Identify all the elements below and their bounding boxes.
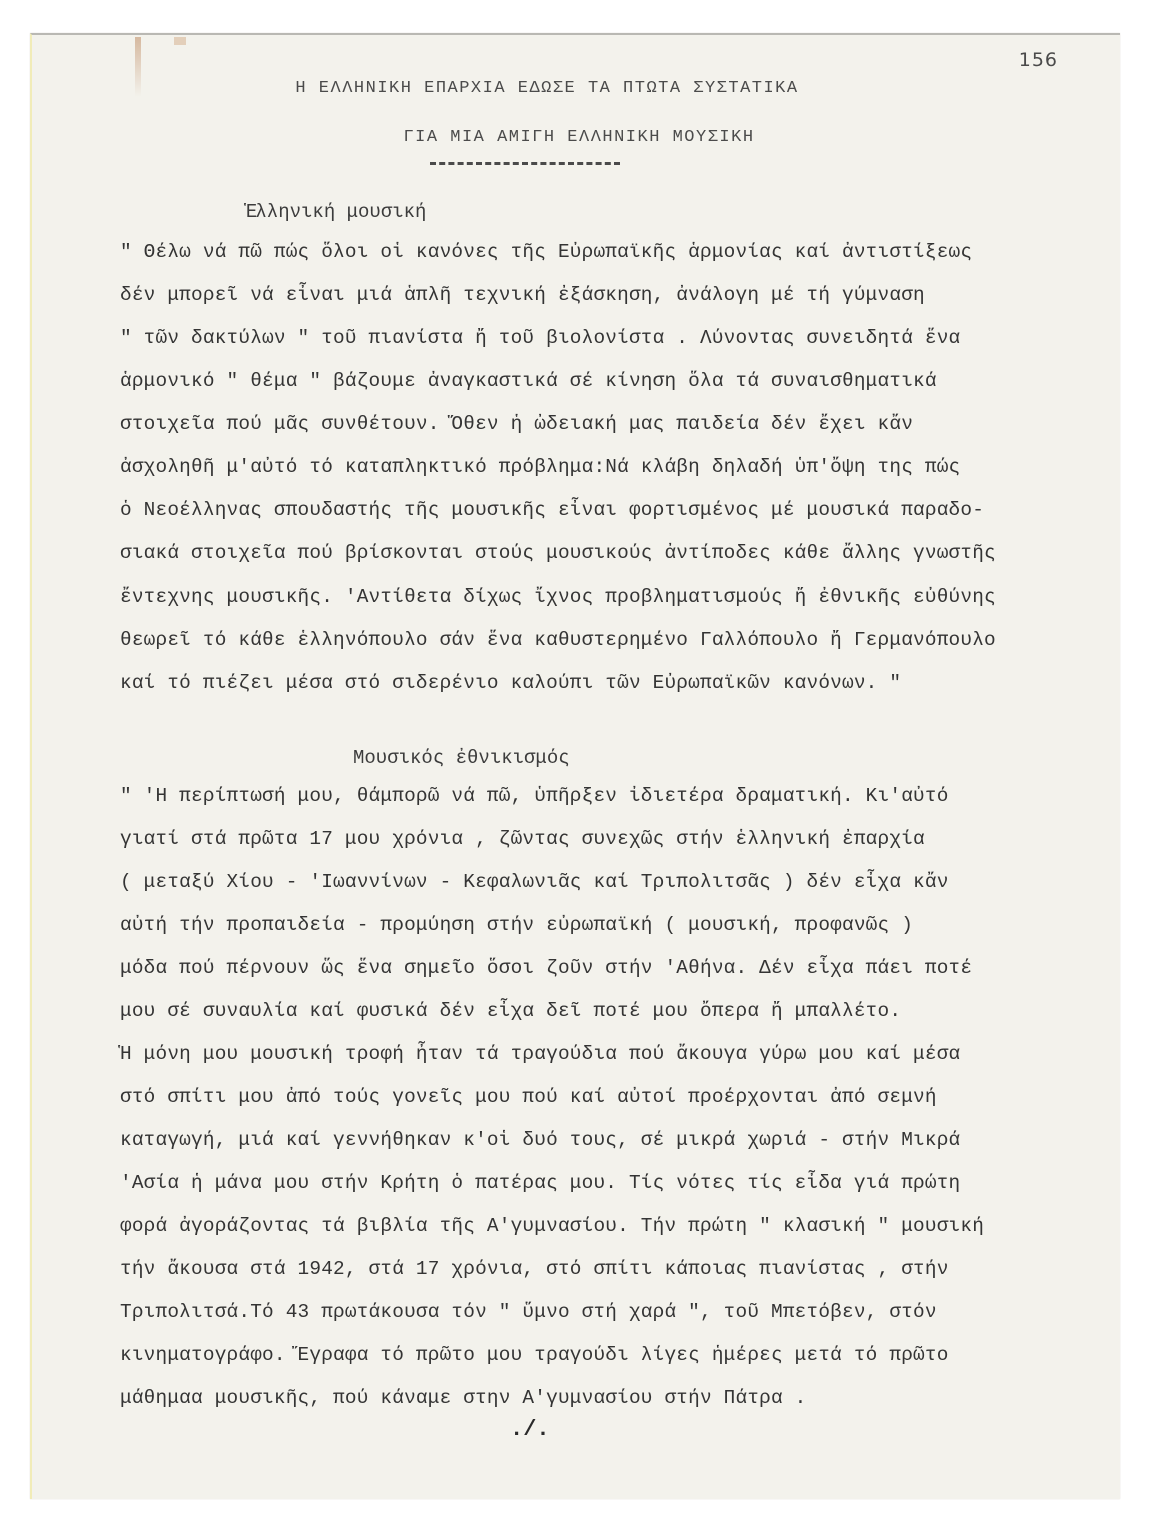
text-line: " τῶν δακτύλων " τοῦ πιανίστα ἤ τοῦ βιολ… xyxy=(120,327,960,349)
text-line: μου σέ συναυλία καί φυσικά δέν εἶχα δεῖ … xyxy=(120,1000,901,1022)
document-title-line-2: ΓΙΑ ΜΙΑ ΑΜΙΓΗ ΕΛΛΗΝΙΚΗ ΜΟΥΣΙΚΗ xyxy=(35,128,1123,147)
text-line: κινηματογράφο. Ἔγραφα τό πρῶτο μου τραγο… xyxy=(120,1344,949,1366)
text-line: τήν ἄκουσα στά 1942, στά 17 χρόνια, στό … xyxy=(120,1258,949,1280)
text-line: καταγωγή, μιά καί γεννήθηκαν κ'οἱ δυό το… xyxy=(120,1129,960,1151)
text-line: " Θέλω νά πῶ πώς ὅλοι οἱ κανόνες τῆς Εὐρ… xyxy=(120,241,972,263)
text-line: στό σπίτι μου ἀπό τούς γονεῖς μου πού κα… xyxy=(120,1086,937,1108)
text-line: σιακά στοιχεῖα πού βρίσκονται στούς μουσ… xyxy=(120,542,996,564)
typewritten-page: 156 Η ΕΛΛΗΝΙΚΗ ΕΠΑΡΧΙΑ ΕΔΩΣΕ ΤΑ ΠΤΩΤΑ ΣΥ… xyxy=(30,33,1120,1499)
text-line: Τριπολιτσά.Τό 43 πρωτάκουσα τόν " ὕμνο σ… xyxy=(120,1301,937,1323)
text-line: μόδα πού πέρνουν ὥς ἕνα σημεῖο ὅσοι ζοῦν… xyxy=(120,957,972,979)
section-heading-greek-music: Ἑλληνική μουσική xyxy=(244,201,426,223)
text-line: αὐτή τήν προπαιδεία - προμύηση στήν εὐρω… xyxy=(120,914,913,936)
text-line: Ἡ μόνη μου μουσική τροφή ἦταν τά τραγούδ… xyxy=(120,1043,960,1065)
title-underline xyxy=(430,162,620,165)
document-title-line-1: Η ΕΛΛΗΝΙΚΗ ΕΠΑΡΧΙΑ ΕΔΩΣΕ ΤΑ ΠΤΩΤΑ ΣΥΣΤΑΤ… xyxy=(3,79,1091,98)
text-line: " 'Η περίπτωσή μου, θάμπορῶ νά πῶ, ὑπῆρξ… xyxy=(120,785,949,807)
paper-stain xyxy=(174,37,186,45)
text-line: δέν μπορεῖ νά εἶναι μιά ἁπλῆ τεχνική ἐξά… xyxy=(120,284,925,306)
text-line: ἁρμονικό " θέμα " βάζουμε ἀναγκαστικά σέ… xyxy=(120,370,937,392)
end-of-page-mark: ./. xyxy=(510,1417,550,1442)
text-line: ἀσχοληθῆ μ'αὐτό τό καταπληκτικό πρόβλημα… xyxy=(120,456,960,478)
text-line: ( μεταξύ Χίου - 'Ιωαννίνων - Κεφαλωνιᾶς … xyxy=(120,871,949,893)
text-line: ὁ Νεοέλληνας σπουδαστής τῆς μουσικῆς εἶν… xyxy=(120,499,984,521)
text-line: στοιχεῖα πού μᾶς συνθέτουν. Ὅθεν ἡ ὠδεια… xyxy=(120,413,913,435)
section-heading-musical-nationalism: Μουσικός ἐθνικισμός xyxy=(353,747,570,769)
text-line: γιατί στά πρῶτα 17 μου χρόνια , ζῶντας σ… xyxy=(120,828,925,850)
text-line: μάθημαα μουσικῆς, πού κάναμε στην Α'γυμν… xyxy=(120,1387,807,1409)
text-line: 'Ασία ἡ μάνα μου στήν Κρήτη ὁ πατέρας μο… xyxy=(120,1172,960,1194)
text-line: θεωρεῖ τό κάθε ἑλληνόπουλο σάν ἕνα καθυσ… xyxy=(120,629,996,651)
text-line: καί τό πιέζει μέσα στό σιδερένιο καλούπι… xyxy=(120,672,901,694)
text-line: φορά ἀγοράζοντας τά βιβλία τῆς Α'γυμνασί… xyxy=(120,1215,984,1237)
text-line: ἔντεχνης μουσικῆς. 'Αντίθετα δίχως ἴχνος… xyxy=(120,586,996,608)
handwritten-page-number: 156 xyxy=(1019,49,1058,71)
